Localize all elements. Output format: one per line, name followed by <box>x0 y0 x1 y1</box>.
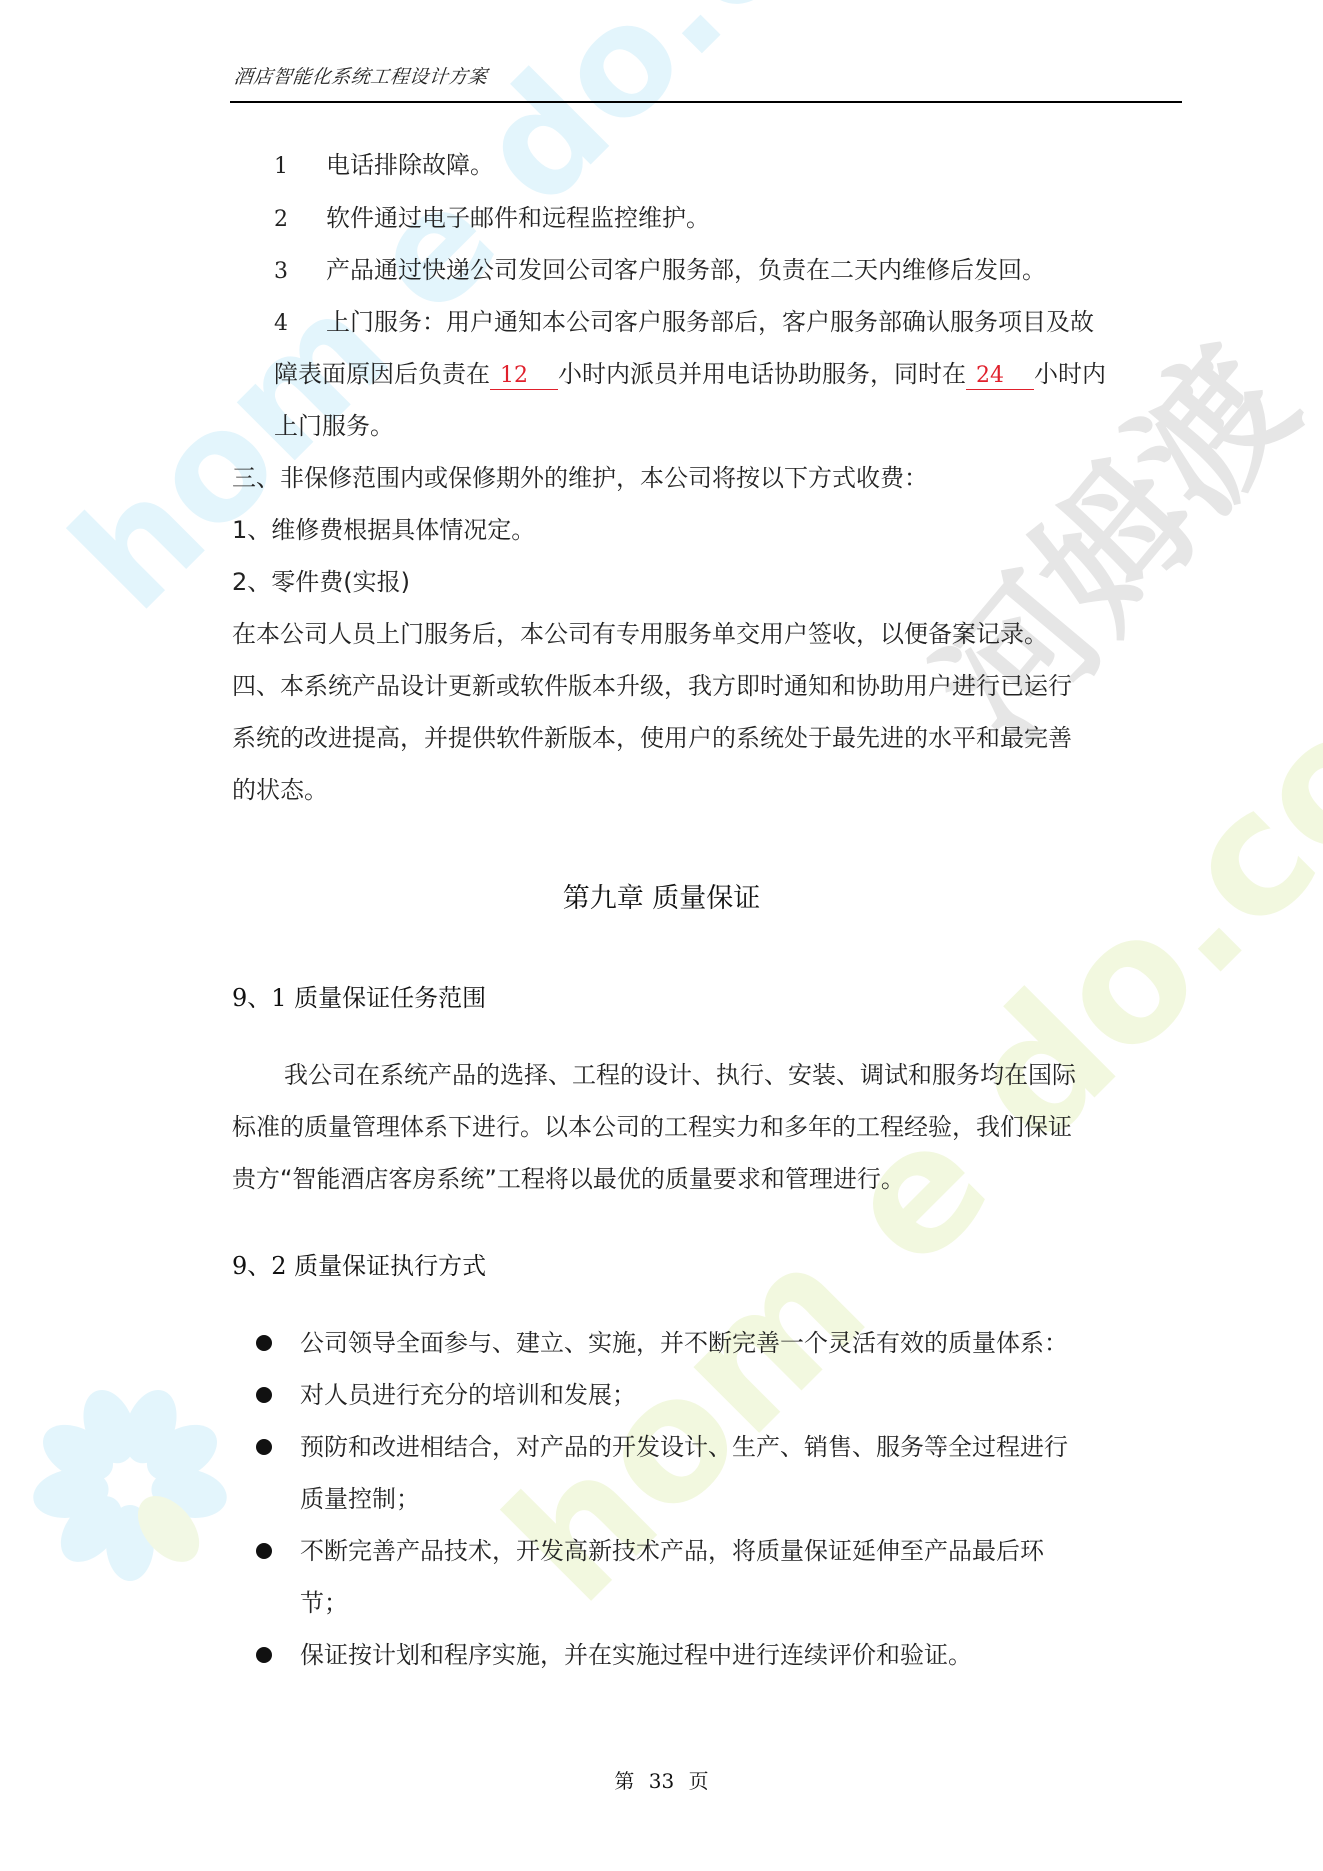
upgrade-line-3: 的状态。 <box>232 775 328 805</box>
upgrade-line-2: 系统的改进提高，并提供软件新版本，使用户的系统处于最先进的水平和最完善 <box>232 723 1072 753</box>
upgrade-line-1: 四、本系统产品设计更新或软件版本升级，我方即时通知和协助用户进行已运行 <box>232 671 1072 701</box>
service-item-3: 3产品通过快递公司发回公司客户服务部，负责在二天内维修后发回。 <box>274 255 1046 287</box>
section-9-2-heading: 9、2 质量保证执行方式 <box>232 1246 486 1281</box>
bullet-item-2: 对人员进行充分的培训和发展； <box>300 1380 636 1410</box>
bullet-item-4: 不断完善产品技术，开发高新技术产品，将质量保证延伸至产品最后环 <box>300 1536 1044 1566</box>
chapter-title: 第九章 质量保证 <box>0 876 1323 915</box>
service-item-4: 4上门服务：用户通知本公司客户服务部后，客户服务部确认服务项目及故 <box>274 307 1094 339</box>
service-item-4-line3: 上门服务。 <box>274 411 394 441</box>
bullet-icon <box>256 1647 272 1663</box>
charges-item-2: 2、零件费(实报) <box>232 567 410 597</box>
document-page: 酒店智能化系统工程设计方案 1电话排除故障。 2软件通过电子邮件和远程监控维护。… <box>0 0 1323 1871</box>
section-9-1-heading: 9、1 质量保证任务范围 <box>232 978 486 1013</box>
bullet-item-1: 公司领导全面参与、建立、实施，并不断完善一个灵活有效的质量体系： <box>300 1328 1068 1358</box>
header-rule <box>230 101 1182 103</box>
service-item-2: 2软件通过电子邮件和远程监控维护。 <box>274 203 710 235</box>
bullet-icon <box>256 1543 272 1559</box>
bullet-icon <box>256 1335 272 1351</box>
dispatch-hours-value: 12 <box>490 363 558 390</box>
bullet-item-5: 保证按计划和程序实施，并在实施过程中进行连续评价和验证。 <box>300 1640 972 1670</box>
charges-item-1: 1、维修费根据具体情况定。 <box>232 515 535 545</box>
bullet-item-3: 预防和改进相结合，对产品的开发设计、生产、销售、服务等全过程进行 <box>300 1432 1068 1462</box>
section-9-1-para-line-1: 我公司在系统产品的选择、工程的设计、执行、安装、调试和服务均在国际 <box>284 1060 1076 1090</box>
section-9-1-para-line-3: 贵方“智能酒店客房系统”工程将以最优的质量要求和管理进行。 <box>232 1164 905 1194</box>
running-header-title: 酒店智能化系统工程设计方案 <box>233 62 489 89</box>
service-item-1: 1电话排除故障。 <box>274 150 494 182</box>
bullet-icon <box>256 1387 272 1403</box>
bullet-icon <box>256 1439 272 1455</box>
onsite-hours-value: 24 <box>966 363 1034 390</box>
charges-heading: 三、非保修范围内或保修期外的维护，本公司将按以下方式收费： <box>232 463 928 493</box>
page-number: 第 33 页 <box>0 1765 1323 1794</box>
section-9-1-para-line-2: 标准的质量管理体系下进行。以本公司的工程实力和多年的工程经验，我们保证 <box>232 1112 1072 1142</box>
service-item-4-line2: 障表面原因后负责在12小时内派员并用电话协助服务，同时在24小时内 <box>274 359 1106 390</box>
bullet-item-3-cont: 质量控制； <box>300 1484 420 1514</box>
bullet-item-4-cont: 节； <box>300 1588 348 1618</box>
charges-note: 在本公司人员上门服务后，本公司有专用服务单交用户签收，以便备案记录。 <box>232 619 1048 649</box>
